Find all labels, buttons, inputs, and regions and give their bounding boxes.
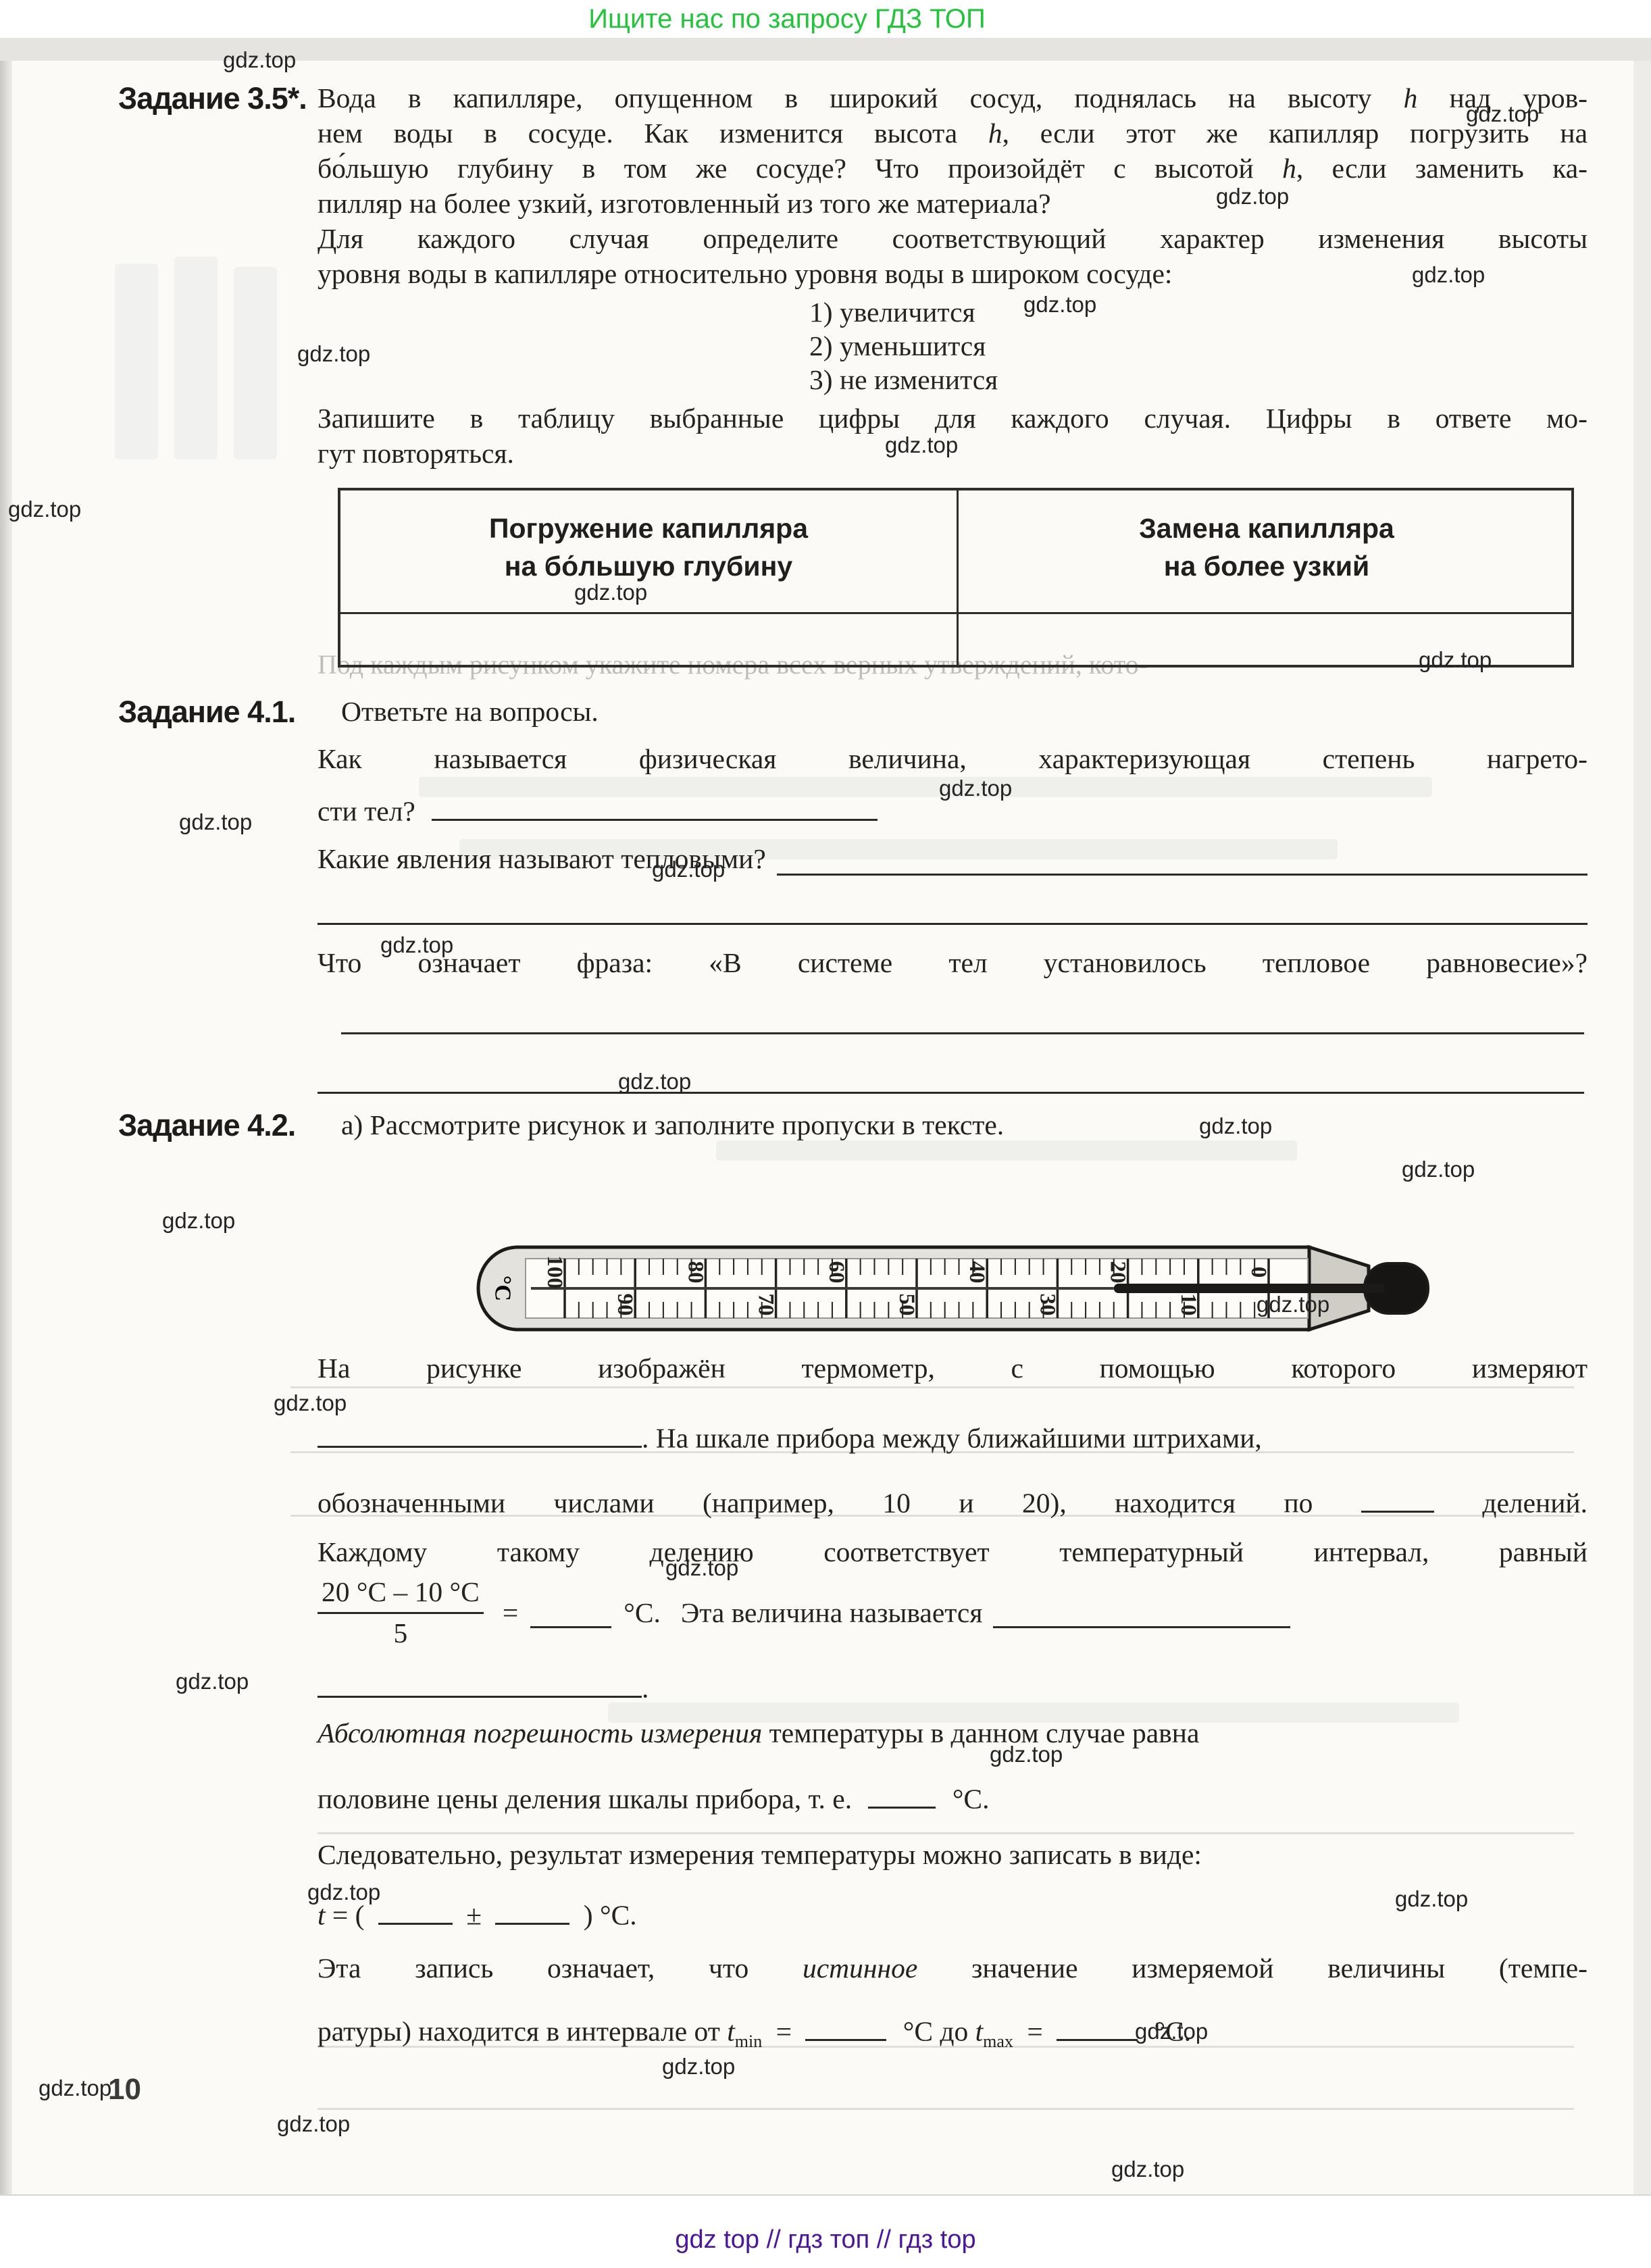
variable-h: h: [1282, 153, 1296, 184]
task-4-2-formula: 20 °C – 10 °C 5 = °C. Эта величина назыв…: [317, 1576, 1290, 1649]
watermark: gdz.top: [162, 1208, 235, 1234]
text: половине цены деления шкалы прибора, т. …: [317, 1784, 852, 1815]
task-4-2-wrap-blank: .: [317, 1666, 649, 1705]
answer-blank: [530, 1596, 611, 1628]
text: ратуры) находится в интервале от: [317, 2016, 727, 2047]
text: сти тел?: [317, 796, 415, 827]
watermark: gdz.top: [1111, 2157, 1184, 2182]
ghost-bleed: [174, 257, 218, 459]
task-4-2-intro: а) Рассмотрите рисунок и заполните пропу…: [341, 1108, 1004, 1142]
task-3-5-line-1: Вода в капилляре, опущенном в широкий со…: [317, 81, 1587, 115]
task-3-5-line-2: нем воды в сосуде. Как изменится высота …: [317, 116, 1587, 150]
watermark: gdz.top: [8, 497, 81, 522]
watermark: gdz.top: [939, 776, 1012, 801]
answer-table: Погружение капилляра на бо́льшую глубину…: [338, 488, 1574, 667]
scale-number: 90: [613, 1294, 637, 1316]
answer-blank: [432, 789, 878, 821]
watermark: gdz.top: [1402, 1157, 1475, 1182]
task-4-2-p3: обозначенными числами (например, 10 и 20…: [317, 1481, 1587, 1520]
scale-number: 10: [1176, 1294, 1200, 1316]
task-3-5-label: Задание 3.5*.: [118, 81, 307, 116]
watermark: gdz.top: [297, 341, 370, 367]
scale-number: 30: [1035, 1294, 1059, 1316]
answer-blank: [868, 1777, 936, 1809]
task-4-2-p9: ратуры) находится в интервале от tmin = …: [317, 2009, 1191, 2059]
fraction: 20 °C – 10 °C 5: [317, 1576, 484, 1649]
equals-sign: =: [1027, 2016, 1042, 2047]
task-4-1-q1-line1: Как называется физическая величина, хара…: [317, 742, 1587, 776]
watermark: gdz.top: [1023, 292, 1096, 318]
subscript-min: min: [735, 2032, 762, 2051]
workbook-page: Ищите нас по запросу ГДЗ ТОП Под каждым …: [0, 0, 1651, 2268]
watermark: gdz.top: [1466, 101, 1539, 127]
watermark: gdz.top: [1216, 184, 1289, 209]
ghost-bleed: [234, 267, 277, 459]
watermark: gdz.top: [574, 580, 647, 605]
scale-number: 20: [1106, 1261, 1130, 1284]
watermark: gdz.top: [652, 857, 725, 882]
variable-h: h: [988, 118, 1002, 149]
watermark: gdz.top: [618, 1069, 691, 1094]
page-left-edge-shadow: [0, 61, 12, 2196]
watermark: gdz.top: [1256, 1292, 1329, 1317]
answer-blank: [1361, 1481, 1434, 1513]
unit: °C.: [952, 1784, 990, 1815]
task-4-2-p8: Эта запись означает, что истинное значен…: [317, 1951, 1587, 1985]
text: нем воды в сосуде. Как изменится высота: [317, 118, 988, 149]
watermark: gdz.top: [274, 1390, 347, 1416]
text: . На шкале прибора между ближайшими штри…: [642, 1423, 1262, 1454]
text: °C до: [903, 2016, 975, 2047]
text: Вода в капилляре, опущенном в широкий со…: [317, 82, 1404, 114]
task-4-2-p4: Каждому такому делению соответствует тем…: [317, 1535, 1587, 1569]
task-4-2-p1: На рисунке изображён термометр, с помощь…: [317, 1351, 1587, 1385]
scale-number: 70: [754, 1294, 778, 1316]
watermark: gdz.top: [665, 1555, 738, 1581]
text: Эта запись означает, что: [317, 1952, 803, 1984]
task-3-5-line-5: Для каждого случая определите соответств…: [317, 222, 1587, 255]
text: ) °C.: [584, 1900, 637, 1931]
text: значение измеряемой величины (темпе-: [917, 1952, 1587, 1984]
variable-t: t: [975, 2016, 984, 2047]
ghost-rule: [317, 1832, 1574, 1834]
table-row-divider: [340, 612, 1571, 614]
answer-blank: [317, 1416, 642, 1448]
watermark: gdz.top: [1199, 1113, 1272, 1139]
watermark: gdz.top: [1412, 262, 1485, 288]
scale-number: 50: [894, 1294, 919, 1316]
watermark: gdz.top: [277, 2111, 350, 2137]
answer-blank: [777, 844, 1587, 876]
table-header-col1: Погружение капилляра на бо́льшую глубину: [340, 509, 957, 585]
equals-sign: =: [503, 1596, 518, 1629]
emphasized-text: истинное: [803, 1952, 917, 1984]
watermark: gdz.top: [39, 2075, 111, 2101]
task-3-5-note-1: Запишите в таблицу выбранные цифры для к…: [317, 401, 1587, 435]
ghost-rule: [290, 1386, 1574, 1388]
text: бо́льшую глубину в том же сосуде? Что пр…: [317, 153, 1282, 184]
task-4-1-q3: Что означает фраза: «В системе тел устан…: [317, 946, 1587, 980]
answer-line: [341, 1032, 1584, 1034]
option-3: 3) не изменится: [809, 363, 998, 396]
task-4-1-intro: Ответьте на вопросы.: [341, 695, 599, 728]
text: .: [642, 1673, 649, 1704]
scale-number: 60: [824, 1261, 848, 1284]
scale-number: 100: [542, 1255, 567, 1289]
answer-blank: [1057, 2009, 1138, 2041]
text: Погружение капилляра: [340, 509, 957, 547]
equals-sign: =: [776, 2016, 792, 2047]
task-4-2-p2: . На шкале прибора между ближайшими штри…: [317, 1416, 1262, 1455]
watermark: gdz.top: [990, 1742, 1063, 1767]
task-4-1-q2: Какие явления называют тепловыми?: [317, 842, 1587, 876]
task-4-1-label: Задание 4.1.: [118, 695, 295, 730]
watermark: gdz.top: [179, 809, 252, 835]
thermometer-mercury-column: [1114, 1284, 1385, 1293]
plus-minus-sign: ±: [466, 1900, 482, 1931]
task-3-5-note-2: гут повторяться.: [317, 436, 514, 470]
watermark: gdz.top: [662, 2054, 735, 2080]
answer-line: [317, 1092, 1584, 1094]
page-right-edge-shadow: [1633, 61, 1651, 2196]
answer-blank: [805, 2009, 886, 2041]
variable-t: t: [727, 2016, 735, 2047]
task-3-5-line-4: пилляр на более узкий, изготовленный из …: [317, 186, 1050, 220]
text: , если заменить ка-: [1296, 153, 1587, 184]
watermark: gdz.top: [1135, 2019, 1208, 2044]
watermark: gdz.top: [223, 47, 296, 73]
watermark: gdz.top: [380, 932, 453, 958]
text: Эта величина называется: [681, 1596, 983, 1629]
watermark: gdz.top: [1395, 1886, 1468, 1912]
option-2: 2) уменьшится: [809, 330, 986, 362]
scale-number: 0: [1246, 1267, 1271, 1278]
task-4-2-p6: половине цены деления шкалы прибора, т. …: [317, 1777, 989, 1816]
watermark: gdz.top: [1419, 647, 1492, 673]
promo-footer: gdz top // гдз топ // гдз top: [0, 2225, 1651, 2254]
promo-header: Ищите нас по запросу ГДЗ ТОП: [0, 4, 1574, 34]
answer-blank: [317, 1666, 642, 1698]
answer-blank: [378, 1893, 453, 1925]
table-header-col2: Замена капилляра на более узкий: [959, 509, 1575, 585]
watermark: gdz.top: [307, 1880, 380, 1905]
ghost-bleed: [115, 263, 158, 459]
ghost-bleed: [716, 1140, 1297, 1161]
watermark: gdz.top: [176, 1669, 249, 1694]
ghost-rule: [317, 2108, 1574, 2110]
text: на бо́льшую глубину: [340, 547, 957, 585]
option-1: 1) увеличится: [809, 296, 975, 328]
text: делений.: [1482, 1488, 1587, 1519]
answer-blank: [495, 1893, 569, 1925]
task-4-2-p7: Следовательно, результат измерения темпе…: [317, 1838, 1202, 1871]
page-number: 10: [108, 2073, 141, 2107]
unit: °C.: [624, 1596, 661, 1629]
text: обозначенными числами (например, 10 и 20…: [317, 1488, 1313, 1519]
task-4-2-label: Задание 4.2.: [118, 1108, 295, 1143]
variable-h: h: [1404, 82, 1418, 114]
task-3-5-line-3: бо́льшую глубину в том же сосуде? Что пр…: [317, 151, 1587, 185]
text: на более узкий: [959, 547, 1575, 585]
emphasized-text: Абсолютная погрешность измерения: [317, 1717, 762, 1748]
text: температуры в данном случае равна: [762, 1717, 1199, 1748]
task-3-5-line-6: уровня воды в капилляре относительно уро…: [317, 257, 1172, 291]
task-4-2-p5: Абсолютная погрешность измерения темпера…: [317, 1716, 1199, 1750]
task-4-1-q1-line2: сти тел?: [317, 789, 878, 828]
scale-number: 80: [683, 1261, 707, 1284]
watermark: gdz.top: [885, 432, 958, 458]
thermometer-figure: °C 1008060402009070503010: [473, 1242, 1432, 1336]
answer-blank: [993, 1596, 1290, 1628]
subscript-max: max: [983, 2032, 1013, 2051]
thermometer-unit-label: °C: [490, 1276, 515, 1301]
answer-line: [317, 923, 1587, 925]
fraction-numerator: 20 °C – 10 °C: [317, 1576, 484, 1614]
text: Замена капилляра: [959, 509, 1575, 547]
fraction-denominator: 5: [317, 1614, 484, 1649]
scale-number: 40: [965, 1261, 989, 1284]
